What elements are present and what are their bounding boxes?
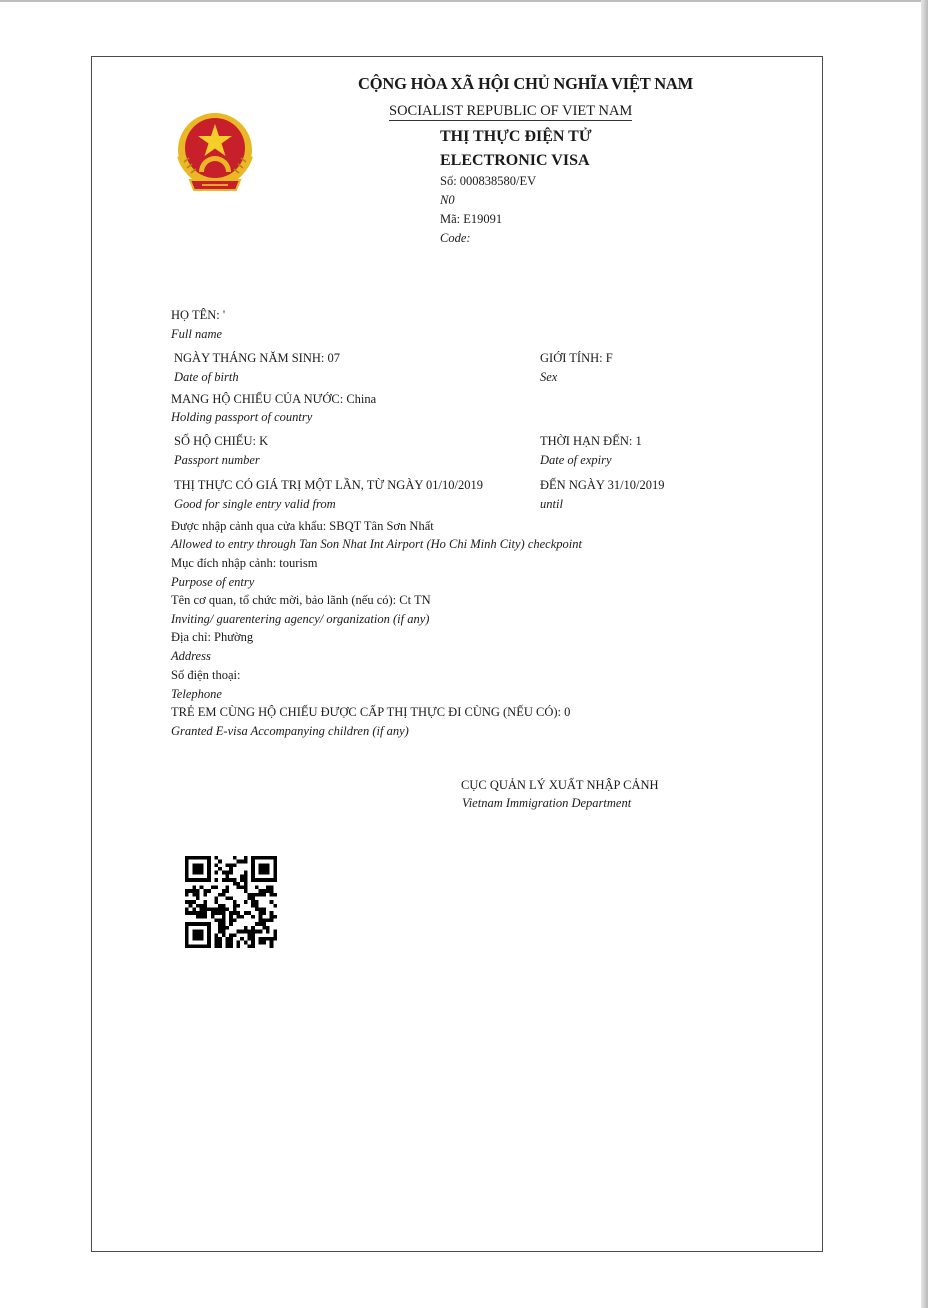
purpose-field: Mục đích nhập cảnh: tourism [171,556,318,571]
children-field: TRẺ EM CÙNG HỘ CHIẾU ĐƯỢC CẤP THỊ THỰC Đ… [171,705,570,720]
visa-title-vn: THỊ THỰC ĐIỆN TỬ [440,128,592,146]
full-name-field: HỌ TÊN: ' [171,308,225,323]
nationality-label-en: Holding passport of country [171,410,312,425]
passport-number-label-en: Passport number [174,453,260,468]
entry-port-field: Được nhập cảnh qua cửa khẩu: SBQT Tân Sơ… [171,519,434,534]
telephone-label-en: Telephone [171,687,222,702]
vietnam-national-emblem-icon [172,110,258,198]
sex-field: GIỚI TÍNH: F [540,351,613,366]
visa-number-label-en: N0 [440,193,455,208]
page-top-edge [0,0,928,2]
date-of-birth-label-en: Date of birth [174,370,239,385]
visa-code: Mã: E19091 [440,212,502,227]
agency-label-en: Inviting/ guarentering agency/ organizat… [171,612,429,627]
issuer-name-en: Vietnam Immigration Department [462,796,631,811]
purpose-label-en: Purpose of entry [171,575,254,590]
sex-label-en: Sex [540,370,557,385]
address-label-en: Address [171,649,211,664]
valid-from-field: THỊ THỰC CÓ GIÁ TRỊ MỘT LẦN, TỪ NGÀY 01/… [174,478,483,493]
children-label-en: Granted E-visa Accompanying children (if… [171,724,409,739]
entry-port-label-en: Allowed to entry through Tan Son Nhat In… [171,537,582,552]
passport-expiry-label-en: Date of expiry [540,453,612,468]
valid-until-field: ĐẾN NGÀY 31/10/2019 [540,478,665,493]
telephone-field: Số điện thoại: [171,668,240,683]
visa-number: Số: 000838580/EV [440,174,536,189]
passport-expiry-field: THỜI HẠN ĐẾN: 1 [540,434,642,449]
country-name-en: SOCIALIST REPUBLIC OF VIET NAM [389,103,632,121]
page-scrollbar-edge [921,0,928,1308]
passport-number-field: SỐ HỘ CHIẾU: K [174,434,268,449]
issuer-name-vn: CỤC QUẢN LÝ XUẤT NHẬP CẢNH [461,778,659,793]
country-name-vn: CỘNG HÒA XÃ HỘI CHỦ NGHĨA VIỆT NAM [358,74,693,94]
address-field: Địa chỉ: Phường [171,630,253,645]
date-of-birth-field: NGÀY THÁNG NĂM SINH: 07 [174,351,340,366]
visa-title-en: ELECTRONIC VISA [440,152,590,170]
full-name-label-en: Full name [171,327,222,342]
valid-from-label-en: Good for single entry valid from [174,497,336,512]
nationality-field: MANG HỘ CHIẾU CỦA NƯỚC: China [171,392,376,407]
qr-code-icon [185,856,277,948]
valid-until-label-en: until [540,497,563,512]
visa-code-label-en: Code: [440,231,471,246]
agency-field: Tên cơ quan, tổ chức mời, bảo lãnh (nếu … [171,593,431,608]
